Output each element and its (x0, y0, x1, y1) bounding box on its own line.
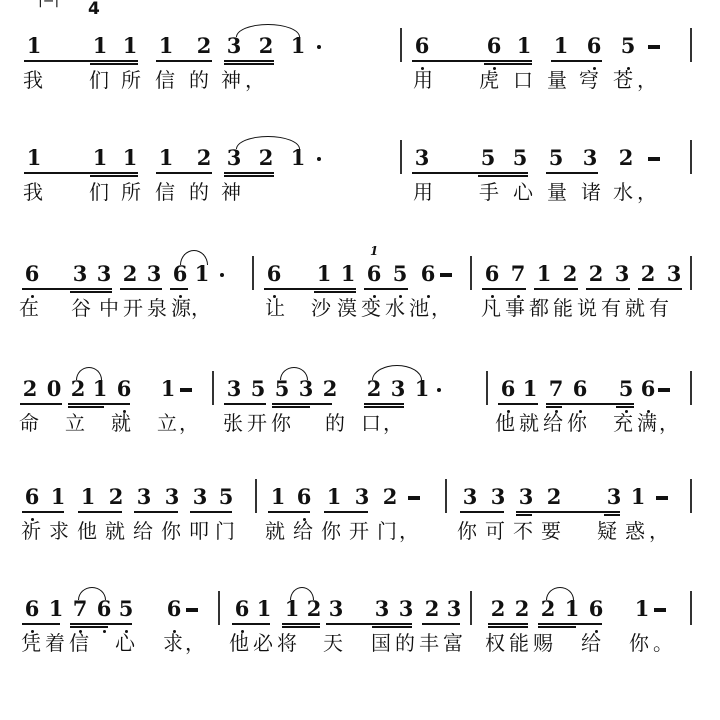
barline (690, 140, 692, 174)
slur-arc (236, 24, 300, 37)
lyric-char: 们 (88, 68, 110, 92)
beam-underline (538, 626, 576, 628)
note: 1 (284, 597, 300, 621)
note: 2 (22, 377, 38, 401)
beam-underline (488, 623, 528, 625)
note: 3 (354, 485, 370, 509)
lyric-char: ， (636, 68, 658, 92)
note: 2 (490, 597, 506, 621)
note: 1 (516, 34, 532, 58)
lyric-char: 凡 (480, 296, 502, 320)
note: 1 (630, 485, 646, 509)
score-system: 6332361611615667122323在谷中开泉源，让沙漠变水池，凡事都能… (0, 262, 720, 352)
note: 2 (70, 377, 86, 401)
lyric-char: 给 (542, 411, 564, 435)
lyric-char: 用 (412, 180, 434, 204)
lyric-char: 心 (512, 180, 534, 204)
score-header: |=| 4 (0, 0, 200, 30)
lyric-char: 事 (504, 296, 526, 320)
note: 2 (122, 262, 138, 286)
lyric-char: 手 (478, 180, 500, 204)
lyric-char: 他 (76, 519, 98, 543)
lyric-char: 求 (162, 631, 184, 655)
note: 1 (290, 146, 306, 170)
note: 2 (562, 262, 578, 286)
note: 5 (274, 377, 290, 401)
beam-underline (324, 511, 368, 513)
beam-underline (190, 511, 232, 513)
note: 6 (640, 377, 656, 401)
beam-underline (134, 511, 178, 513)
lyric-char: 开 (348, 519, 370, 543)
beam-underline (534, 288, 578, 290)
lyric-char: 要 (540, 519, 562, 543)
beam-underline (70, 623, 132, 625)
score-system: 617656611233323222161凭着信心求，他必将天国的丰富权能赐给你… (0, 597, 720, 687)
augmentation-dot (317, 45, 321, 49)
note: 1 (26, 146, 42, 170)
note: 6 (296, 485, 312, 509)
note: 3 (146, 262, 162, 286)
note: 5 (392, 262, 408, 286)
header-fragment: |=| (38, 0, 59, 8)
note: 1 (50, 485, 66, 509)
lyric-char: ， (430, 296, 452, 320)
beam-underline (282, 626, 320, 628)
beam-underline (538, 623, 602, 625)
beam-underline (364, 403, 404, 405)
lyric-char: 虎 (478, 68, 500, 92)
beam-underline (364, 406, 404, 408)
lyric-char: ， (244, 68, 266, 92)
beam-underline (264, 288, 356, 290)
beam-underline (546, 172, 598, 174)
beam-underline (268, 511, 310, 513)
beam-underline (24, 172, 138, 174)
sustain-dash (408, 496, 420, 500)
beam-underline (68, 406, 104, 408)
lyric-char: ， (190, 296, 212, 320)
lyric-char: 穹 (578, 68, 600, 92)
slur-arc (76, 367, 102, 380)
note: 5 (548, 146, 564, 170)
note: 2 (382, 485, 398, 509)
sustain-dash (186, 608, 198, 612)
note: 3 (298, 377, 314, 401)
note: 1 (26, 34, 42, 58)
beam-underline (22, 288, 112, 290)
lyric-char: ， (184, 631, 206, 655)
beam-underline (20, 403, 62, 405)
lyric-char: ， (178, 411, 200, 435)
lyric-char: 所 (120, 68, 142, 92)
lyric-char: 他 (494, 411, 516, 435)
note: 1 (326, 485, 342, 509)
note: 5 (480, 146, 496, 170)
beam-underline (90, 63, 138, 65)
note: 3 (490, 485, 506, 509)
beam-underline (170, 288, 188, 290)
beam-underline (551, 60, 602, 62)
barline (486, 371, 488, 405)
note: 2 (258, 34, 274, 58)
lyric-char: 就 (518, 411, 540, 435)
beam-underline (22, 511, 64, 513)
barline (690, 256, 692, 290)
beam-underline (546, 406, 562, 408)
lyric-char: 说 (576, 296, 598, 320)
note: 1 (414, 377, 430, 401)
grace-note: 1 (370, 244, 378, 258)
low-octave-dot (103, 630, 106, 633)
beam-underline (412, 172, 528, 174)
note: 7 (548, 377, 564, 401)
lyric-char: 让 (264, 296, 286, 320)
note: 6 (116, 377, 132, 401)
lyric-char: 都 (528, 296, 550, 320)
lyric-char: 惑 (624, 519, 646, 543)
note: 6 (166, 597, 182, 621)
lyric-char: 苍 (612, 68, 634, 92)
lyric-char: 神 (220, 180, 242, 204)
lyric-char: 水 (384, 296, 406, 320)
lyric-char: 你 (270, 411, 292, 435)
slur-arc (546, 587, 574, 600)
lyric-char: 有 (600, 296, 622, 320)
time-signature-denominator: 4 (88, 0, 100, 18)
lyric-char: 诸 (580, 180, 602, 204)
note: 1 (122, 146, 138, 170)
score-system: 11112321355532我们所信的神用手心量诸水， (0, 146, 720, 236)
lyric-char: 就 (104, 519, 126, 543)
beam-underline (516, 514, 532, 516)
beam-underline (616, 406, 634, 408)
lyric-char: 权 (484, 631, 506, 655)
beam-underline (22, 623, 60, 625)
augmentation-dot (437, 388, 441, 392)
note: 1 (340, 262, 356, 286)
barline (218, 591, 220, 625)
lyric-char: ， (398, 519, 420, 543)
note: 6 (266, 262, 282, 286)
lyric-char: 能 (552, 296, 574, 320)
lyric-char: 富 (442, 631, 464, 655)
note: 1 (92, 377, 108, 401)
lyric-char: 满 (636, 411, 658, 435)
note: 6 (484, 262, 500, 286)
slur-arc (280, 367, 308, 380)
note: 2 (424, 597, 440, 621)
lyric-char: 你 (566, 411, 588, 435)
note: 6 (96, 597, 112, 621)
note: 3 (614, 262, 630, 286)
note: 6 (414, 34, 430, 58)
beam-underline (604, 514, 620, 516)
note: 5 (118, 597, 134, 621)
beam-underline (422, 623, 460, 625)
barline (690, 28, 692, 62)
sustain-dash (658, 388, 670, 392)
note: 2 (514, 597, 530, 621)
note: 5 (618, 377, 634, 401)
score-system: 11112321661165我们所信的神，用虎口量穹苍， (0, 34, 720, 124)
lyric-char: ， (658, 411, 680, 435)
note: 3 (390, 377, 406, 401)
note: 1 (522, 377, 538, 401)
barline (690, 371, 692, 405)
lyric-char: 信 (68, 631, 90, 655)
lyric-char: 张 (222, 411, 244, 435)
lyric-char: 叩 (188, 519, 210, 543)
lyric-char: 量 (546, 68, 568, 92)
augmentation-dot (317, 157, 321, 161)
note: 3 (226, 377, 242, 401)
beam-underline (478, 175, 528, 177)
note: 7 (72, 597, 88, 621)
lyric-char: 们 (88, 180, 110, 204)
barline (400, 28, 402, 62)
lyric-char: 门 (376, 519, 398, 543)
lyric-char: 池 (408, 296, 430, 320)
note: 1 (80, 485, 96, 509)
barline (690, 591, 692, 625)
lyric-char: 谷 (70, 296, 92, 320)
lyric-char: 所 (120, 180, 142, 204)
lyric-char: 祈 (20, 519, 42, 543)
lyric-char: 你 (628, 631, 650, 655)
lyric-char: 变 (360, 296, 382, 320)
barline (690, 479, 692, 513)
lyric-char: 给 (132, 519, 154, 543)
note: 1 (316, 262, 332, 286)
note: 1 (634, 597, 650, 621)
lyric-char: 有 (648, 296, 670, 320)
beam-underline (484, 63, 532, 65)
beam-underline (120, 288, 162, 290)
beam-underline (272, 406, 310, 408)
lyric-char: 心 (114, 631, 136, 655)
sustain-dash (440, 273, 452, 277)
note: 7 (510, 262, 526, 286)
beam-underline (314, 291, 356, 293)
lyric-char: 的 (324, 411, 346, 435)
note: 1 (564, 597, 580, 621)
lyric-char: 信 (154, 68, 176, 92)
note: 2 (366, 377, 382, 401)
beam-underline (24, 60, 138, 62)
beam-underline (460, 511, 504, 513)
barline (255, 479, 257, 513)
note: 5 (250, 377, 266, 401)
note: 1 (48, 597, 64, 621)
beam-underline (488, 626, 528, 628)
note: 3 (462, 485, 478, 509)
beam-underline (638, 288, 682, 290)
score-system: 20216135532231617656命立就立，张开你的口，他就给你充满， (0, 377, 720, 467)
lyric-char: 就 (110, 411, 132, 435)
lyric-char: 他 (228, 631, 250, 655)
note: 2 (546, 485, 562, 509)
lyric-char: 的 (188, 180, 210, 204)
note: 3 (72, 262, 88, 286)
lyric-char: 不 (512, 519, 534, 543)
note: 6 (500, 377, 516, 401)
note: 2 (196, 34, 212, 58)
note: 6 (588, 597, 604, 621)
beam-underline (482, 288, 526, 290)
lyric-char: 充 (612, 411, 634, 435)
sustain-dash (180, 388, 192, 392)
lyric-char: 立 (156, 411, 178, 435)
lyric-char: 源 (170, 296, 192, 320)
lyric-char: 丰 (418, 631, 440, 655)
barline (445, 479, 447, 513)
time-signature: 4 (88, 0, 100, 18)
note: 3 (226, 146, 242, 170)
beam-underline (364, 288, 408, 290)
lyric-char: 。 (652, 631, 674, 655)
lyric-char: 将 (276, 631, 298, 655)
slur-arc (236, 136, 300, 149)
beam-underline (224, 175, 274, 177)
lyric-char: 命 (18, 411, 40, 435)
note: 3 (374, 597, 390, 621)
note: 3 (192, 485, 208, 509)
lyric-char: 国 (370, 631, 392, 655)
lyric-char: 就 (624, 296, 646, 320)
lyric-char: 你 (320, 519, 342, 543)
slur-arc (78, 587, 106, 600)
note: 1 (158, 146, 174, 170)
barline (470, 256, 472, 290)
beam-underline (586, 288, 630, 290)
beam-underline (156, 60, 212, 62)
note: 6 (486, 34, 502, 58)
note: 3 (666, 262, 682, 286)
note: 1 (160, 377, 176, 401)
lyric-char: ， (382, 411, 404, 435)
beam-underline (516, 511, 620, 513)
note: 6 (572, 377, 588, 401)
note: 1 (92, 34, 108, 58)
lyric-char: 信 (154, 180, 176, 204)
sustain-dash (656, 496, 668, 500)
lyric-char: 可 (484, 519, 506, 543)
lyric-char: 凭 (20, 631, 42, 655)
beam-underline (546, 403, 634, 405)
lyric-char: 给 (292, 519, 314, 543)
lyric-char: 在 (18, 296, 40, 320)
beam-underline (68, 403, 130, 405)
note: 2 (588, 262, 604, 286)
score-system: 6112333516132333231祈求他就给你叩门就给你开门，你可不要疑惑， (0, 485, 720, 575)
barline (470, 591, 472, 625)
beam-underline (282, 623, 320, 625)
note: 3 (96, 262, 112, 286)
note: 5 (512, 146, 528, 170)
note: 1 (158, 34, 174, 58)
lyric-char: 开 (246, 411, 268, 435)
note: 1 (290, 34, 306, 58)
lyric-char: 门 (214, 519, 236, 543)
note: 3 (414, 146, 430, 170)
note: 1 (536, 262, 552, 286)
lyric-char: 神 (220, 68, 242, 92)
barline (252, 256, 254, 290)
lyric-char: 水 (612, 180, 634, 204)
beam-underline (224, 60, 274, 62)
lyric-char: 天 (322, 631, 344, 655)
note: 6 (234, 597, 250, 621)
note: 1 (256, 597, 272, 621)
lyric-char: 必 (252, 631, 274, 655)
note: 2 (306, 597, 322, 621)
note: 0 (46, 377, 62, 401)
sustain-dash (648, 45, 660, 49)
lyric-char: 开 (122, 296, 144, 320)
lyric-char: 的 (188, 68, 210, 92)
note: 6 (24, 262, 40, 286)
lyric-char: 的 (394, 631, 416, 655)
beam-underline (224, 403, 266, 405)
lyric-char: 我 (22, 180, 44, 204)
beam-underline (498, 403, 538, 405)
note: 6 (24, 597, 40, 621)
beam-underline (232, 623, 270, 625)
lyric-char: 给 (580, 631, 602, 655)
lyric-char: 你 (456, 519, 478, 543)
lyric-char: 量 (546, 180, 568, 204)
lyric-char: 口 (360, 411, 382, 435)
note: 3 (398, 597, 414, 621)
note: 3 (582, 146, 598, 170)
slur-arc (180, 250, 208, 265)
note: 2 (322, 377, 338, 401)
slur-arc (290, 587, 314, 600)
sustain-dash (654, 608, 666, 612)
barline (400, 140, 402, 174)
slur-arc (372, 365, 422, 380)
note: 2 (618, 146, 634, 170)
lyric-char: 疑 (596, 519, 618, 543)
note: 2 (108, 485, 124, 509)
beam-underline (272, 403, 332, 405)
note: 3 (446, 597, 462, 621)
lyric-char: 泉 (146, 296, 168, 320)
lyric-char: ， (648, 519, 670, 543)
beam-underline (224, 63, 274, 65)
note: 3 (518, 485, 534, 509)
note: 1 (122, 34, 138, 58)
beam-underline (372, 626, 412, 628)
note: 6 (366, 262, 382, 286)
note: 1 (92, 146, 108, 170)
note: 1 (553, 34, 569, 58)
lyric-char: 我 (22, 68, 44, 92)
lyric-char: 能 (508, 631, 530, 655)
sustain-dash (648, 157, 660, 161)
note: 2 (196, 146, 212, 170)
beam-underline (70, 626, 108, 628)
note: 6 (586, 34, 602, 58)
note: 2 (540, 597, 556, 621)
note: 1 (270, 485, 286, 509)
note: 5 (218, 485, 234, 509)
note: 3 (164, 485, 180, 509)
lyric-char: 中 (98, 296, 120, 320)
jianpu-score-sheet: |=| 4 11112321661165我们所信的神，用虎口量穹苍，111123… (0, 0, 720, 720)
lyric-char: 就 (264, 519, 286, 543)
